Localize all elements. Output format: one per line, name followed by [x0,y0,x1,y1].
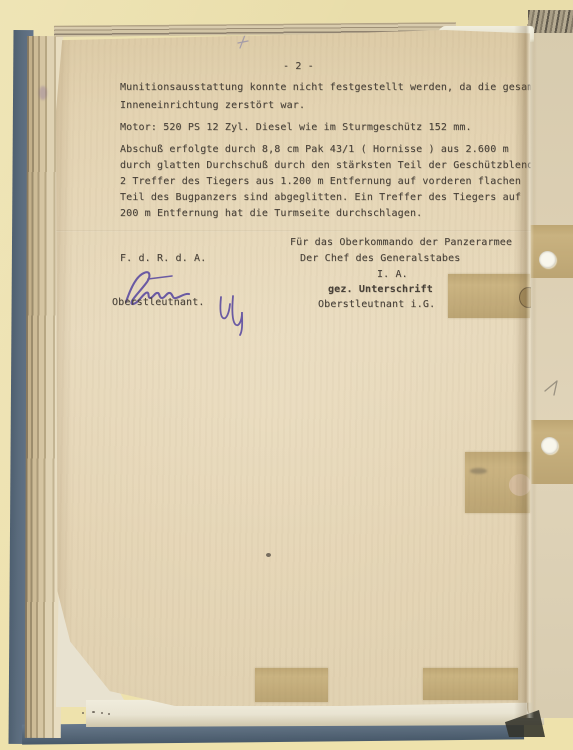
pencil-dot [101,712,103,714]
tape-patch [465,452,530,513]
typewritten-line: Inneneinrichtung zerstört war. [120,100,305,112]
typewritten-line: 2 Treffer des Tiegers aus 1.200 m Entfer… [120,176,521,188]
crease-line [56,230,532,232]
tape-patch [423,668,518,700]
pencil-dot [108,713,110,715]
typewritten-line: Abschuß erfolgte durch 8,8 cm Pak 43/1 (… [120,144,509,156]
page-number: - 2 - [283,61,314,73]
ink-smudge [39,86,47,100]
reinforcement-ring [509,474,531,496]
tape-patch [448,274,530,318]
page-stack-fore-edge [528,10,573,33]
typewritten-line: durch glatten Durchschuß durch den stärk… [120,160,540,172]
typewritten-line: F. d. R. d. A. [120,253,206,265]
ink-smudge [470,468,487,474]
pencil-mark [236,33,250,51]
typewritten-line: Munitionsausstattung konnte nicht festge… [120,82,546,94]
typewritten-line: Oberstleutnant. [112,297,205,309]
tape-patch [255,668,328,702]
signature-initials-mark [214,292,250,337]
pencil-dot [92,711,95,713]
typewritten-line: Der Chef des Generalstabes [300,253,460,265]
punch-hole [539,251,556,268]
punch-hole [541,437,558,454]
pencil-mark [542,376,566,402]
ink-speck [266,553,271,557]
typewritten-line: 200 m Entfernung hat die Turmseite durch… [120,208,422,220]
typewritten-line: Teil des Bugpanzers sind abgeglitten. Ei… [120,192,521,204]
pencil-dot [82,712,84,714]
next-page-edge [527,24,573,718]
typewritten-line: Motor: 520 PS 12 Zyl. Diesel wie im Stur… [120,122,472,134]
typewritten-line: Oberstleutnant i.G. [318,299,435,311]
document-page: - 2 - Munitionsausstattung konnte nicht … [56,30,532,706]
typewritten-line: I. A. [377,269,408,281]
typewritten-line: gez. Unterschrift [328,284,433,296]
scan-background: - 2 - Munitionsausstattung konnte nicht … [0,0,573,750]
typewritten-line: Für das Oberkommando der Panzerarmee [290,237,512,249]
